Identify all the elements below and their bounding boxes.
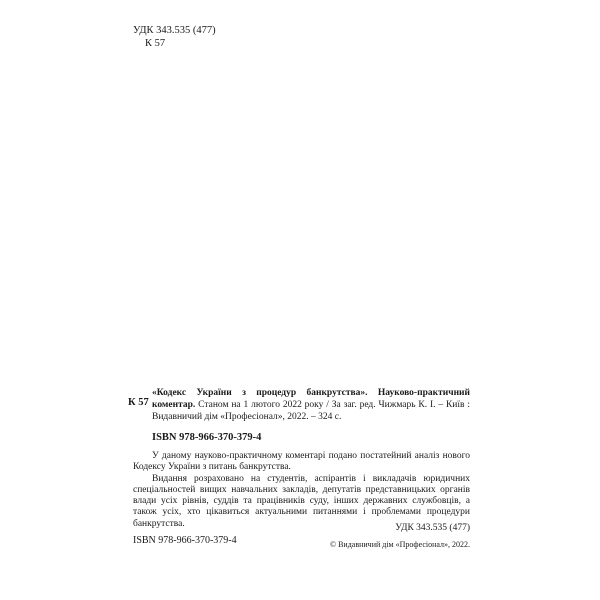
copyright-notice: © Видавничий дім «Професіонал», 2022. [330,540,470,549]
annotation-paragraph: Видання розраховано на студентів, аспіра… [133,474,470,530]
udk-header: УДК 343.535 (477) К 57 [133,24,216,50]
udk-code: УДК 343.535 (477) [133,24,216,37]
author-mark: К 57 [133,37,216,50]
catalog-side-code: К 57 [128,397,149,408]
footer-udk: УДК 343.535 (477) [395,523,470,533]
annotation: У даному науково-практичному коментарі п… [133,451,470,530]
catalog-isbn: ISBN 978-966-370-379-4 [152,432,261,443]
catalog-details: Станом на 1 лютого 2022 року / За заг. р… [152,400,470,422]
annotation-paragraph: У даному науково-практичному коментарі п… [133,451,470,474]
imprint-page: УДК 343.535 (477) К 57 К 57 «Кодекс Укра… [0,0,600,600]
catalog-entry: «Кодекс України з процедур банкрутства».… [152,387,470,423]
footer-isbn: ISBN 978-966-370-379-4 [133,535,237,546]
